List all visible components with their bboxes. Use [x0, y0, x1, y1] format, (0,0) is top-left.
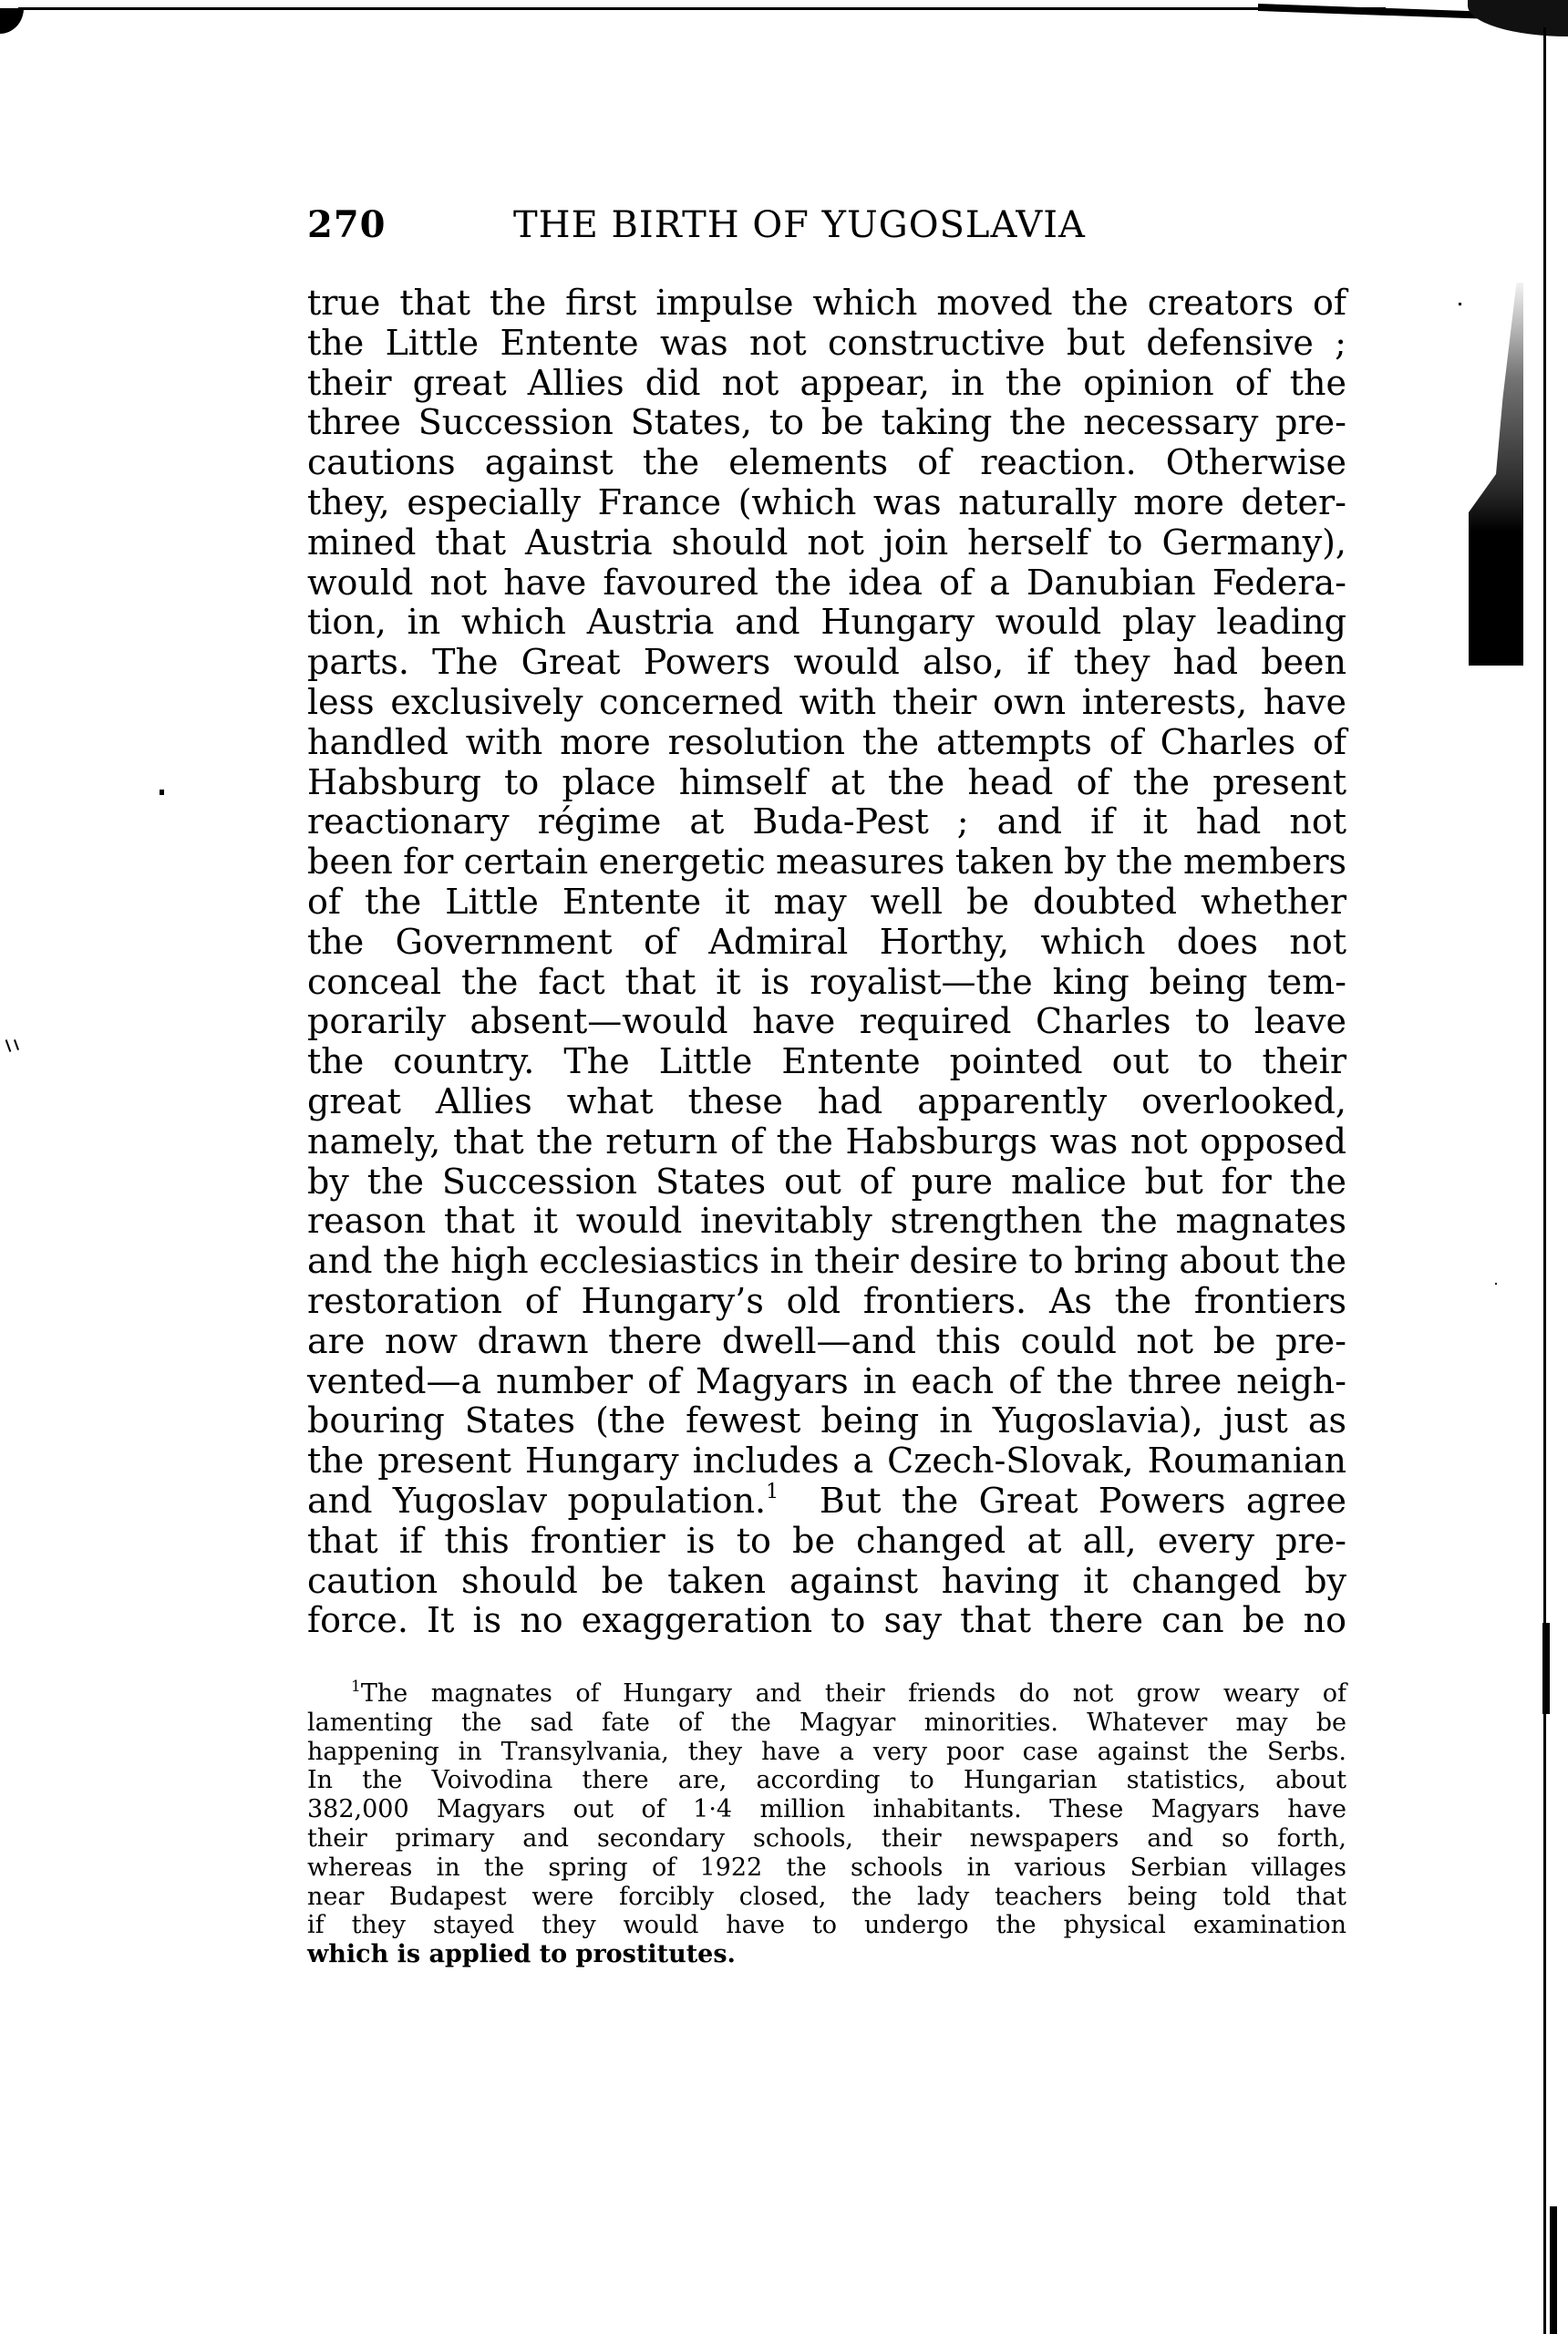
book-page: 270 THE BIRTH OF YUGOSLAVIA true that th… [0, 0, 1568, 2334]
body-line: been for certain energetic measures take… [307, 842, 1346, 883]
scan-speck [1495, 1283, 1497, 1285]
scan-right-edge-line [1543, 27, 1546, 2334]
body-line: conceal the fact that it is royalist—the… [307, 963, 1346, 1003]
running-head: 270 THE BIRTH OF YUGOSLAVIA [307, 202, 1346, 248]
scan-right-smudge [1469, 283, 1537, 666]
body-line: force. It is no exaggeration to say that… [307, 1601, 1346, 1641]
scan-speck [14, 1039, 19, 1050]
body-line: great Allies what these had apparently o… [307, 1082, 1346, 1122]
body-line: the Government of Admiral Horthy, which … [307, 923, 1346, 963]
body-line: they, especially France (which was natur… [307, 483, 1346, 523]
footnote-line: if they stayed they would have to underg… [307, 1911, 1346, 1940]
page-number: 270 [307, 202, 387, 248]
scan-right-smudge-lower [1542, 1623, 1550, 1714]
body-line: and the high ecclesiastics in their desi… [307, 1242, 1346, 1282]
footnote-reference[interactable]: 1 [766, 1481, 779, 1503]
body-line-with-footnote-ref: and Yugoslav population.1 But the Great … [307, 1482, 1346, 1522]
footnote-line-text: The magnates of Hungary and their friend… [361, 1679, 1346, 1708]
body-line: the Little Entente was not constructive … [307, 324, 1346, 364]
body-line: three Succession States, to be taking th… [307, 403, 1346, 443]
footnote-line: 1The magnates of Hungary and their frien… [307, 1679, 1346, 1709]
footnote-marker: 1 [351, 1678, 361, 1696]
scan-right-smudge-bottom [1550, 2206, 1557, 2334]
body-line: Habsburg to place himself at the head of… [307, 763, 1346, 803]
footnote-line: In the Voivodina there are, according to… [307, 1766, 1346, 1795]
body-line: less exclusively concerned with their ow… [307, 683, 1346, 723]
body-line: porarily absent—would have required Char… [307, 1002, 1346, 1042]
body-line: bouring States (the fewest being in Yugo… [307, 1401, 1346, 1441]
body-line: reactionary régime at Buda-Pest ; and if… [307, 802, 1346, 842]
body-line: the country. The Little Entente pointed … [307, 1042, 1346, 1082]
body-line: restoration of Hungary’s old frontiers. … [307, 1282, 1346, 1322]
scan-speck [1459, 303, 1461, 305]
body-line: their great Allies did not appear, in th… [307, 364, 1346, 404]
scan-corner-top-left [0, 8, 24, 34]
footnote-line: 382,000 Magyars out of 1·4 million inhab… [307, 1795, 1346, 1824]
body-line: reason that it would inevitably strength… [307, 1202, 1346, 1242]
body-line: cautions against the elements of reactio… [307, 443, 1346, 483]
body-line: tion, in which Austria and Hungary would… [307, 603, 1346, 643]
footnote-line: their primary and secondary schools, the… [307, 1824, 1346, 1854]
body-line: of the Little Entente it may well be dou… [307, 883, 1346, 923]
body-line-text: and Yugoslav population. [307, 1481, 766, 1521]
scan-speck [160, 790, 164, 795]
body-line: that if this frontier is to be changed a… [307, 1522, 1346, 1562]
body-line: true that the first impulse which moved … [307, 284, 1346, 324]
running-title: THE BIRTH OF YUGOSLAVIA [513, 202, 1086, 248]
body-line: are now drawn there dwell—and this could… [307, 1322, 1346, 1362]
body-line: mined that Austria should not join herse… [307, 523, 1346, 563]
footnote-line: whereas in the spring of 1922 the school… [307, 1854, 1346, 1883]
body-line: would not have favoured the idea of a Da… [307, 563, 1346, 604]
body-line: namely, that the return of the Habsburgs… [307, 1122, 1346, 1162]
scan-speck [5, 1039, 12, 1052]
body-line: caution should be taken against having i… [307, 1562, 1346, 1602]
footnote-line: lamenting the sad fate of the Magyar min… [307, 1709, 1346, 1738]
body-line-text: But the Great Powers agree [779, 1481, 1346, 1521]
scan-top-border [18, 7, 1386, 10]
body-line: parts. The Great Powers would also, if t… [307, 643, 1346, 683]
body-line: handled with more resolution the attempt… [307, 723, 1346, 763]
footnote-line: happening in Transylvania, they have a v… [307, 1738, 1346, 1767]
body-line: vented—a number of Magyars in each of th… [307, 1362, 1346, 1402]
footnote: 1The magnates of Hungary and their frien… [307, 1679, 1346, 1969]
footnote-line: which is applied to prostitutes. [307, 1940, 1346, 1969]
body-line: the present Hungary includes a Czech-Slo… [307, 1441, 1346, 1482]
body-line: by the Succession States out of pure mal… [307, 1162, 1346, 1203]
body-text: true that the first impulse which moved … [307, 284, 1346, 1641]
scan-corner-top-right [1468, 0, 1568, 36]
footnote-line: near Budapest were forcibly closed, the … [307, 1883, 1346, 1912]
